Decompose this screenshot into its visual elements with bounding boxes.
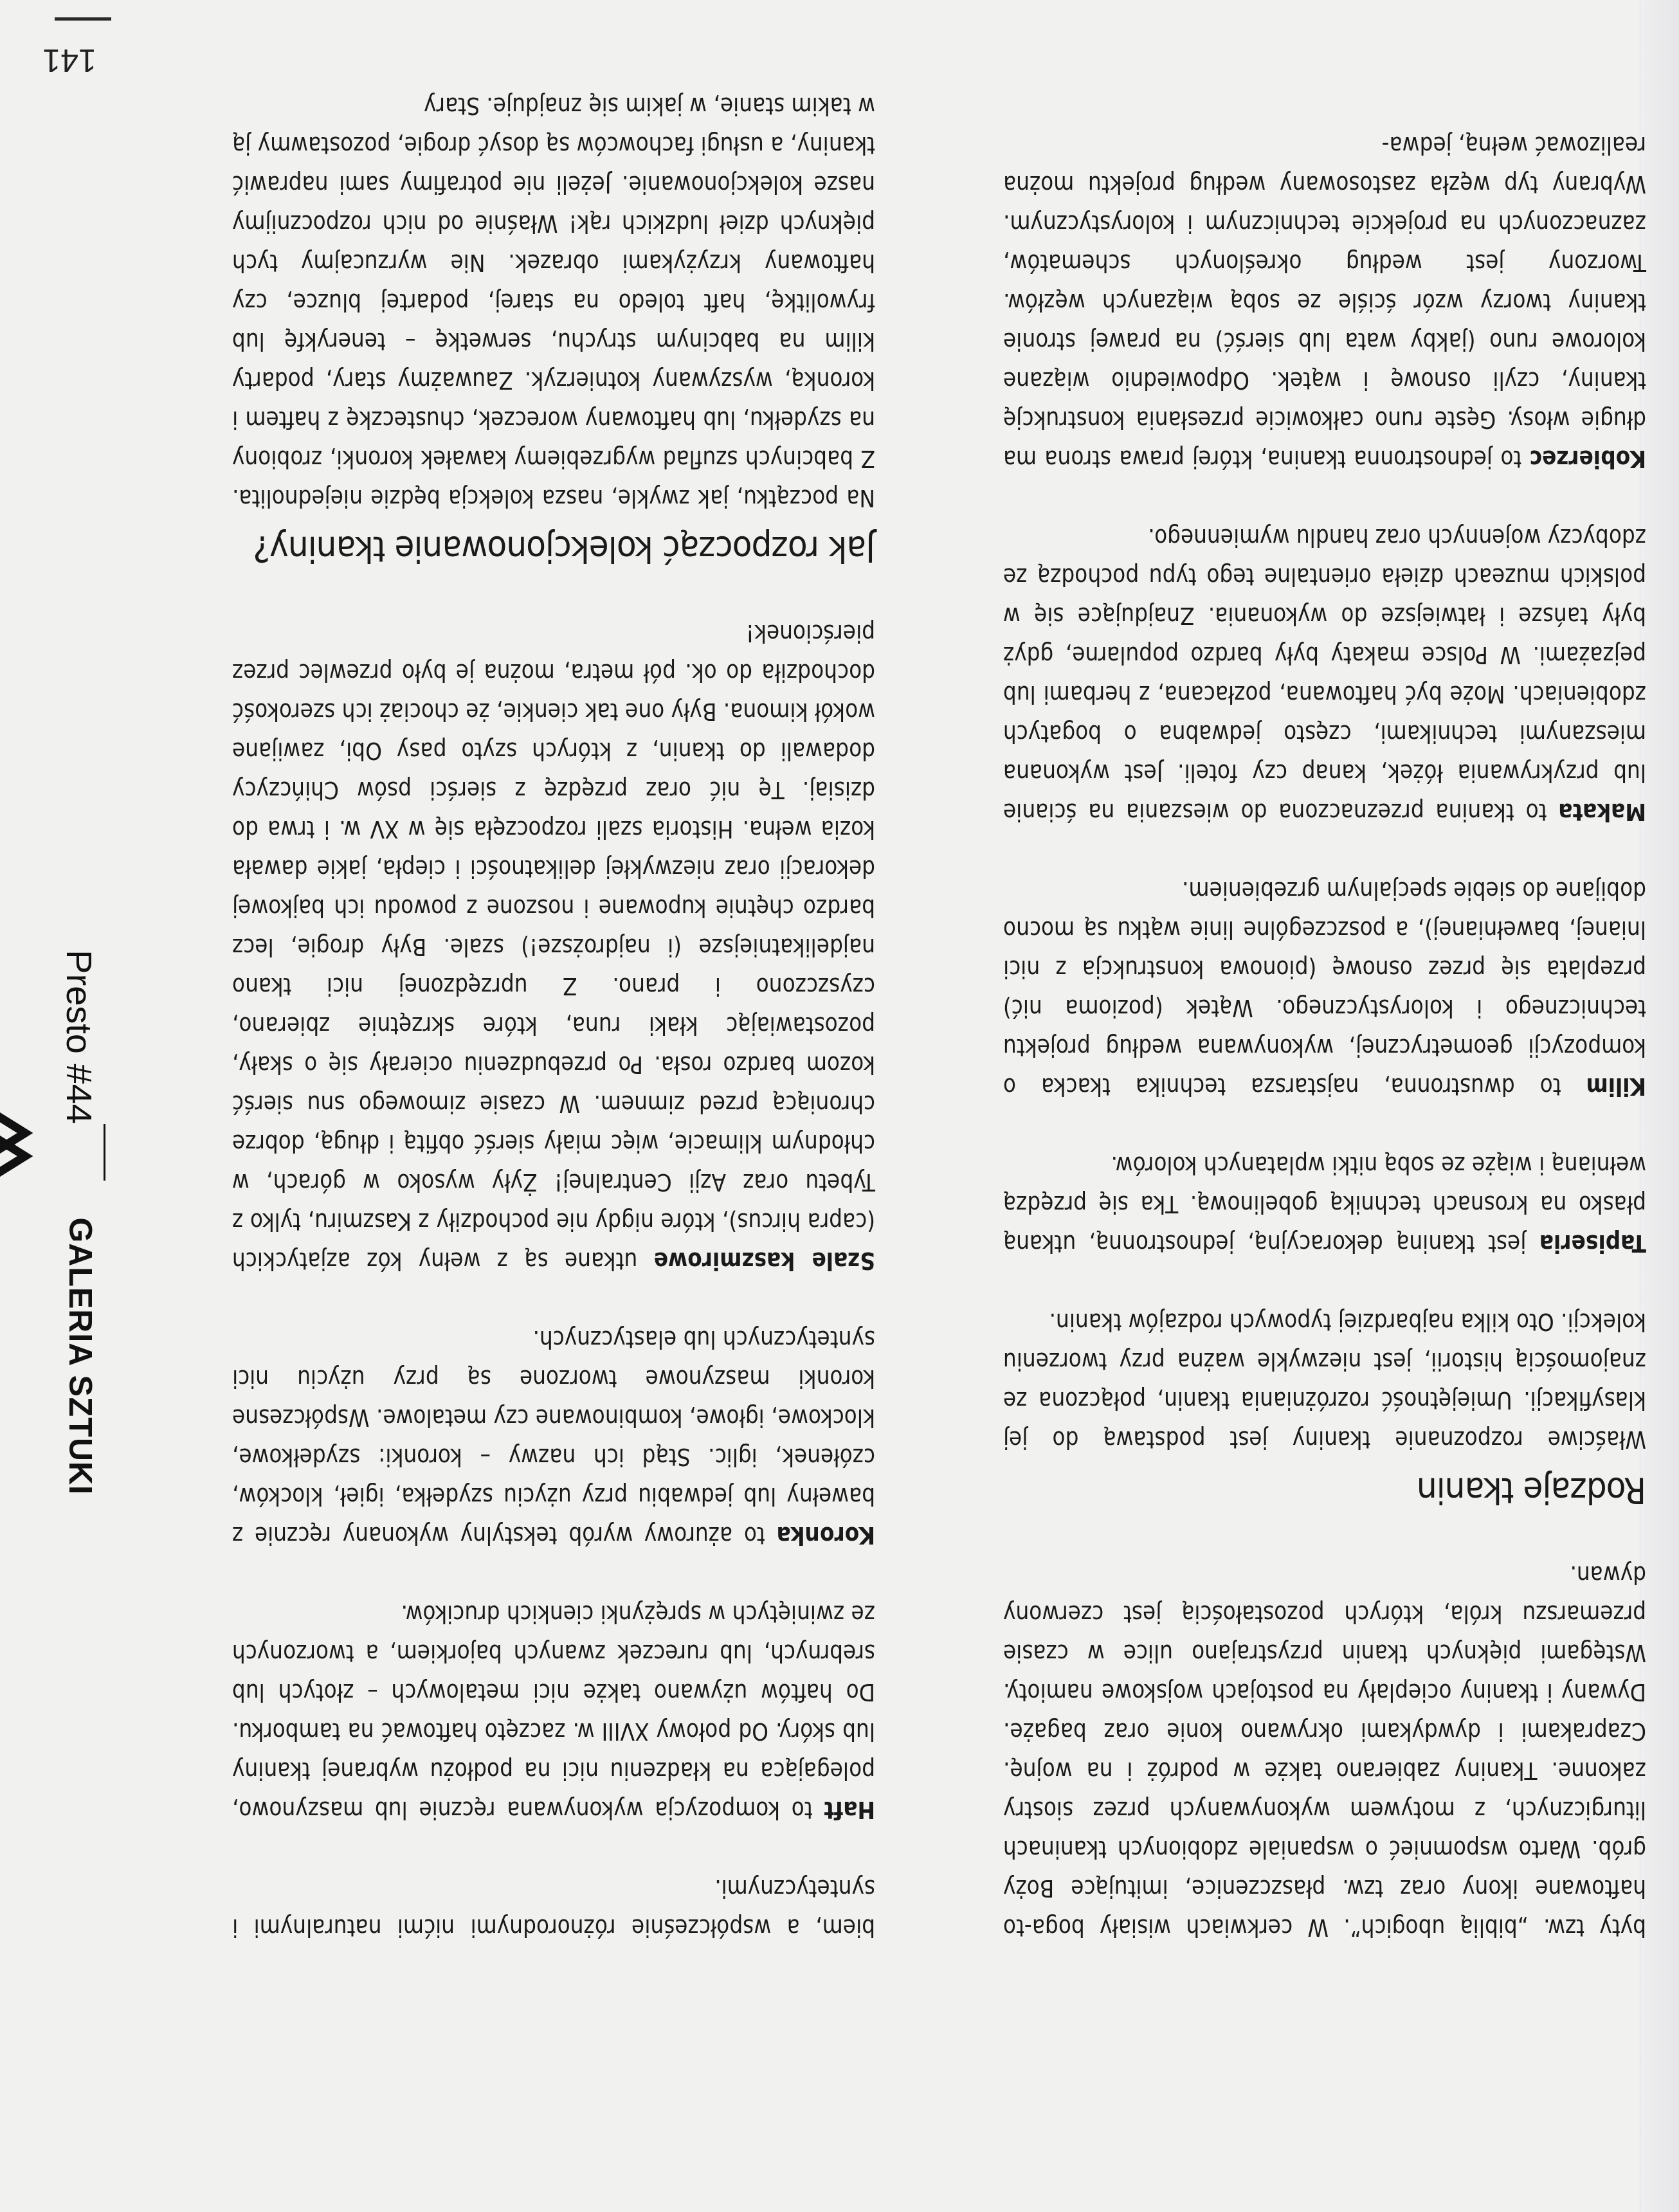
term-entry-szale-kaszmirowe: Szale kaszmirowe utkane są z wełny kóz a… — [232, 613, 875, 1280]
running-header-section: GALERIA SZTUKI — [62, 1217, 99, 1495]
term-entry-tapiseria: Tapiseria jest tkaniną dekoracyjną, jedn… — [1003, 1145, 1646, 1263]
term-label: Haft — [824, 1796, 875, 1824]
paragraph: biem, a współcześnie różnorodnymi nićmi … — [232, 1869, 875, 1947]
magazine-page: byty tzw. „biblią ubogich”. W cerkwiach … — [0, 0, 1679, 2212]
folio-rule — [55, 17, 111, 21]
column-right: biem, a współcześnie różnorodnymi nićmi … — [232, 86, 875, 1947]
term-label: Kobierzec — [1530, 445, 1646, 473]
term-text: to jednostronna tkanina, której prawa st… — [1003, 131, 1646, 473]
paragraph: Na początku, jak zwykle, nasza kolekcja … — [232, 86, 875, 518]
term-entry-koronka: Koronka to ażurowy wyrób tekstylny wykon… — [232, 1319, 875, 1555]
double-chevron-logo-icon — [0, 1112, 33, 1177]
term-text: utkane są z wełny kóz azjatyckich (capra… — [232, 619, 875, 1274]
term-text: to kompozycja wykonywana ręcznie lub mas… — [232, 1600, 875, 1824]
term-entry-kobierzec: Kobierzec to jednostronna tkanina, które… — [1003, 125, 1646, 478]
page-number: 141 — [37, 42, 102, 79]
term-label: Tapiseria — [1539, 1229, 1646, 1257]
term-text: to tkanina przeznaczona do wieszania na … — [1003, 523, 1646, 826]
term-entry-makata: Makata to tkanina przeznaczona do wiesza… — [1003, 518, 1646, 831]
term-label: Kilim — [1586, 1073, 1646, 1100]
section-heading: Rodzaje tkanin — [1003, 1464, 1646, 1516]
term-label: Makata — [1558, 798, 1646, 826]
term-entry-kilim: Kilim to dwustronna, najstarsza technika… — [1003, 871, 1646, 1106]
running-header-divider — [104, 1124, 105, 1181]
term-entry-haft: Haft to kompozycja wykonywana ręcznie lu… — [232, 1594, 875, 1829]
column-left: byty tzw. „biblią ubogich”. W cerkwiach … — [1003, 125, 1646, 1947]
paragraph: Właściwe rozpoznanie tkaniny jest podsta… — [1003, 1302, 1646, 1459]
running-header-issue: Presto #44 — [59, 950, 100, 1124]
term-label: Szale kaszmirowe — [654, 1247, 875, 1274]
term-text: to ażurowy wyrób tekstylny wykonany ręcz… — [232, 1325, 875, 1549]
term-text: to dwustronna, najstarsza technika tkack… — [1003, 876, 1646, 1100]
paragraph: byty tzw. „biblią ubogich”. W cerkwiach … — [1003, 1555, 1646, 1947]
term-label: Koronka — [776, 1521, 875, 1549]
section-heading: Jak rozpocząć kolekcjonowanie tkaniny? — [232, 523, 875, 574]
